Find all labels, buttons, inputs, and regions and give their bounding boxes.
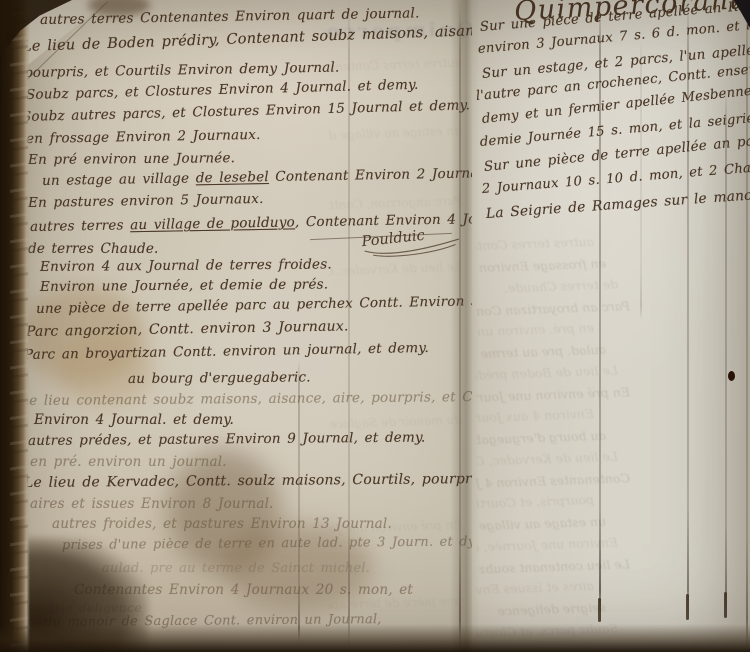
manuscript-line: aires et issues Environ 8 Journal. xyxy=(30,496,274,512)
marginal-annotation: Poulduic xyxy=(361,224,463,261)
bleed-through-text: Contenantes Environ 4 Journaux 20 s. mon… xyxy=(476,470,630,490)
bleed-through-text: autres terres Contenantes Environ quart … xyxy=(328,56,462,75)
bleed-through-text: Environ 4 aux Journal de terres froides. xyxy=(476,406,594,425)
crease-shadow xyxy=(686,594,689,620)
manuscript-line: En pastures environ 5 Journaux. xyxy=(28,191,264,211)
manuscript-line: Environ 4 Journal. et demy. xyxy=(34,412,234,428)
manuscript-line: Parc an broyartizan Contt. environ un jo… xyxy=(24,340,429,363)
bleed-through-text: autres terres Contenantes Environ quart … xyxy=(476,234,594,253)
bleed-through-text: Parc angorzion, Contt. environ 3 Journau… xyxy=(328,194,462,213)
bleed-through-text: En pré environ une Journée. xyxy=(476,384,630,404)
manuscript-line: pourpris, et Courtils Environ demy Journ… xyxy=(24,59,340,81)
manuscript-line: autres froides, et pastures Environ 13 J… xyxy=(52,516,392,532)
bleed-through-text: Parc an broyartizan Contt. environ un jo… xyxy=(476,298,630,318)
manuscript-line: Le lieu de Kervadec, Contt. soulz maison… xyxy=(24,471,510,491)
manuscript-photo: Quimpercorantine autres terres Contenant… xyxy=(0,0,750,652)
bleed-through-text: Soubz parcs, et Clostures Environ 4 Jour… xyxy=(476,621,618,641)
manuscript-line: Soubz parcs, et Clostures Environ 4 Jour… xyxy=(26,77,419,103)
left-page: Quimpercorantine autres terres Contenant… xyxy=(10,0,472,652)
manuscript-line: Environ 4 aux Journal de terres froides. xyxy=(40,256,332,275)
line-segment: Contenant Environ 2 Journaux. xyxy=(269,165,500,185)
line-segment: de lesebel xyxy=(196,169,269,186)
bleed-through-text: Le lieu de Kervadec, Contt. soulz maison… xyxy=(476,449,618,469)
manuscript-line: Le lieu contenant soubz maisons, aisance… xyxy=(20,388,539,409)
bleed-through-text: Environ une Journée, et demie de prés. xyxy=(476,535,618,555)
bleed-through-text: Le lieu de Kervadec, Contt. soulz maison… xyxy=(328,260,462,279)
bleed-through-text: pourpris, et Courtils Environ demy Journ… xyxy=(476,492,594,511)
line-segment: au village de poulduyo xyxy=(130,214,295,233)
bleed-through-text: en frossage Environ 2 Journaux. xyxy=(476,255,606,275)
manuscript-line: Environ une Journée, et demie de prés. xyxy=(40,276,328,295)
bleed-through-text: de terres Chaude. xyxy=(476,277,618,297)
ink-spot xyxy=(728,371,735,381)
bleed-through-text: du manoir de Saglace Cont. environ un Jo… xyxy=(328,413,462,432)
bleed-through-text: un estage au village de lesebel Contenan… xyxy=(476,513,606,533)
bleed-through-text: en pré. environ un journal. xyxy=(476,320,594,339)
manuscript-line: en frossage Environ 2 Journaux. xyxy=(26,127,261,147)
line-segment: autres terres xyxy=(30,217,130,235)
line-segment: un estage au village xyxy=(42,170,196,189)
manuscript-line: du manoir de Saglace Cont. environ un Jo… xyxy=(44,612,382,630)
bleed-through-text: seigrie deligence xyxy=(476,599,606,619)
bleed-through-text: Le lieu de Boden prédiry, Contenant soub… xyxy=(476,363,618,383)
manuscript-line: de terres Chaude. xyxy=(28,241,159,257)
bleed-through-text: un estage au village de lesebel Contenan… xyxy=(328,124,462,143)
manuscript-line: seigrie deligence xyxy=(28,600,142,615)
manuscript-line: autres prédes, et pastures Environ 9 Jou… xyxy=(28,430,426,449)
right-page: autres terres Contenantes Environ quart … xyxy=(472,0,750,652)
manuscript-line: Parc angorzion, Contt. environ 3 Journau… xyxy=(26,318,349,340)
manuscript-line: en pré. environ un journal. xyxy=(30,454,227,470)
manuscript-line: Contenantes Environ 4 Journaux 20 s. mon… xyxy=(74,582,413,598)
manuscript-line: au bourg d'erguegaberic. xyxy=(128,369,311,387)
crease-shadow xyxy=(598,598,601,622)
bleed-through-text: aulad. pre au terme de Sainct michel. xyxy=(476,341,606,361)
bleed-through-text: au bourg d'erguegaberic. xyxy=(476,427,606,447)
crease-shadow xyxy=(724,592,727,618)
manuscript-line: En pré environ une Journée. xyxy=(28,150,235,168)
bleed-through-text: Le lieu contenant soubz maisons, aisance… xyxy=(476,556,630,576)
manuscript-line: Soubz autres parcs, et Clostures Environ… xyxy=(22,97,470,125)
manuscript-line: prises d'une pièce de terre en aute lad.… xyxy=(62,534,478,553)
bleed-through-text: aires et issues Environ 8 Journal. xyxy=(476,578,594,597)
manuscript-line: autres terres au village de poulduyo, Co… xyxy=(30,210,546,235)
manuscript-line: aulad. pre au terme de Sainct michel. xyxy=(102,561,370,576)
manuscript-line: un estage au village de lesebel Contenan… xyxy=(42,165,500,189)
